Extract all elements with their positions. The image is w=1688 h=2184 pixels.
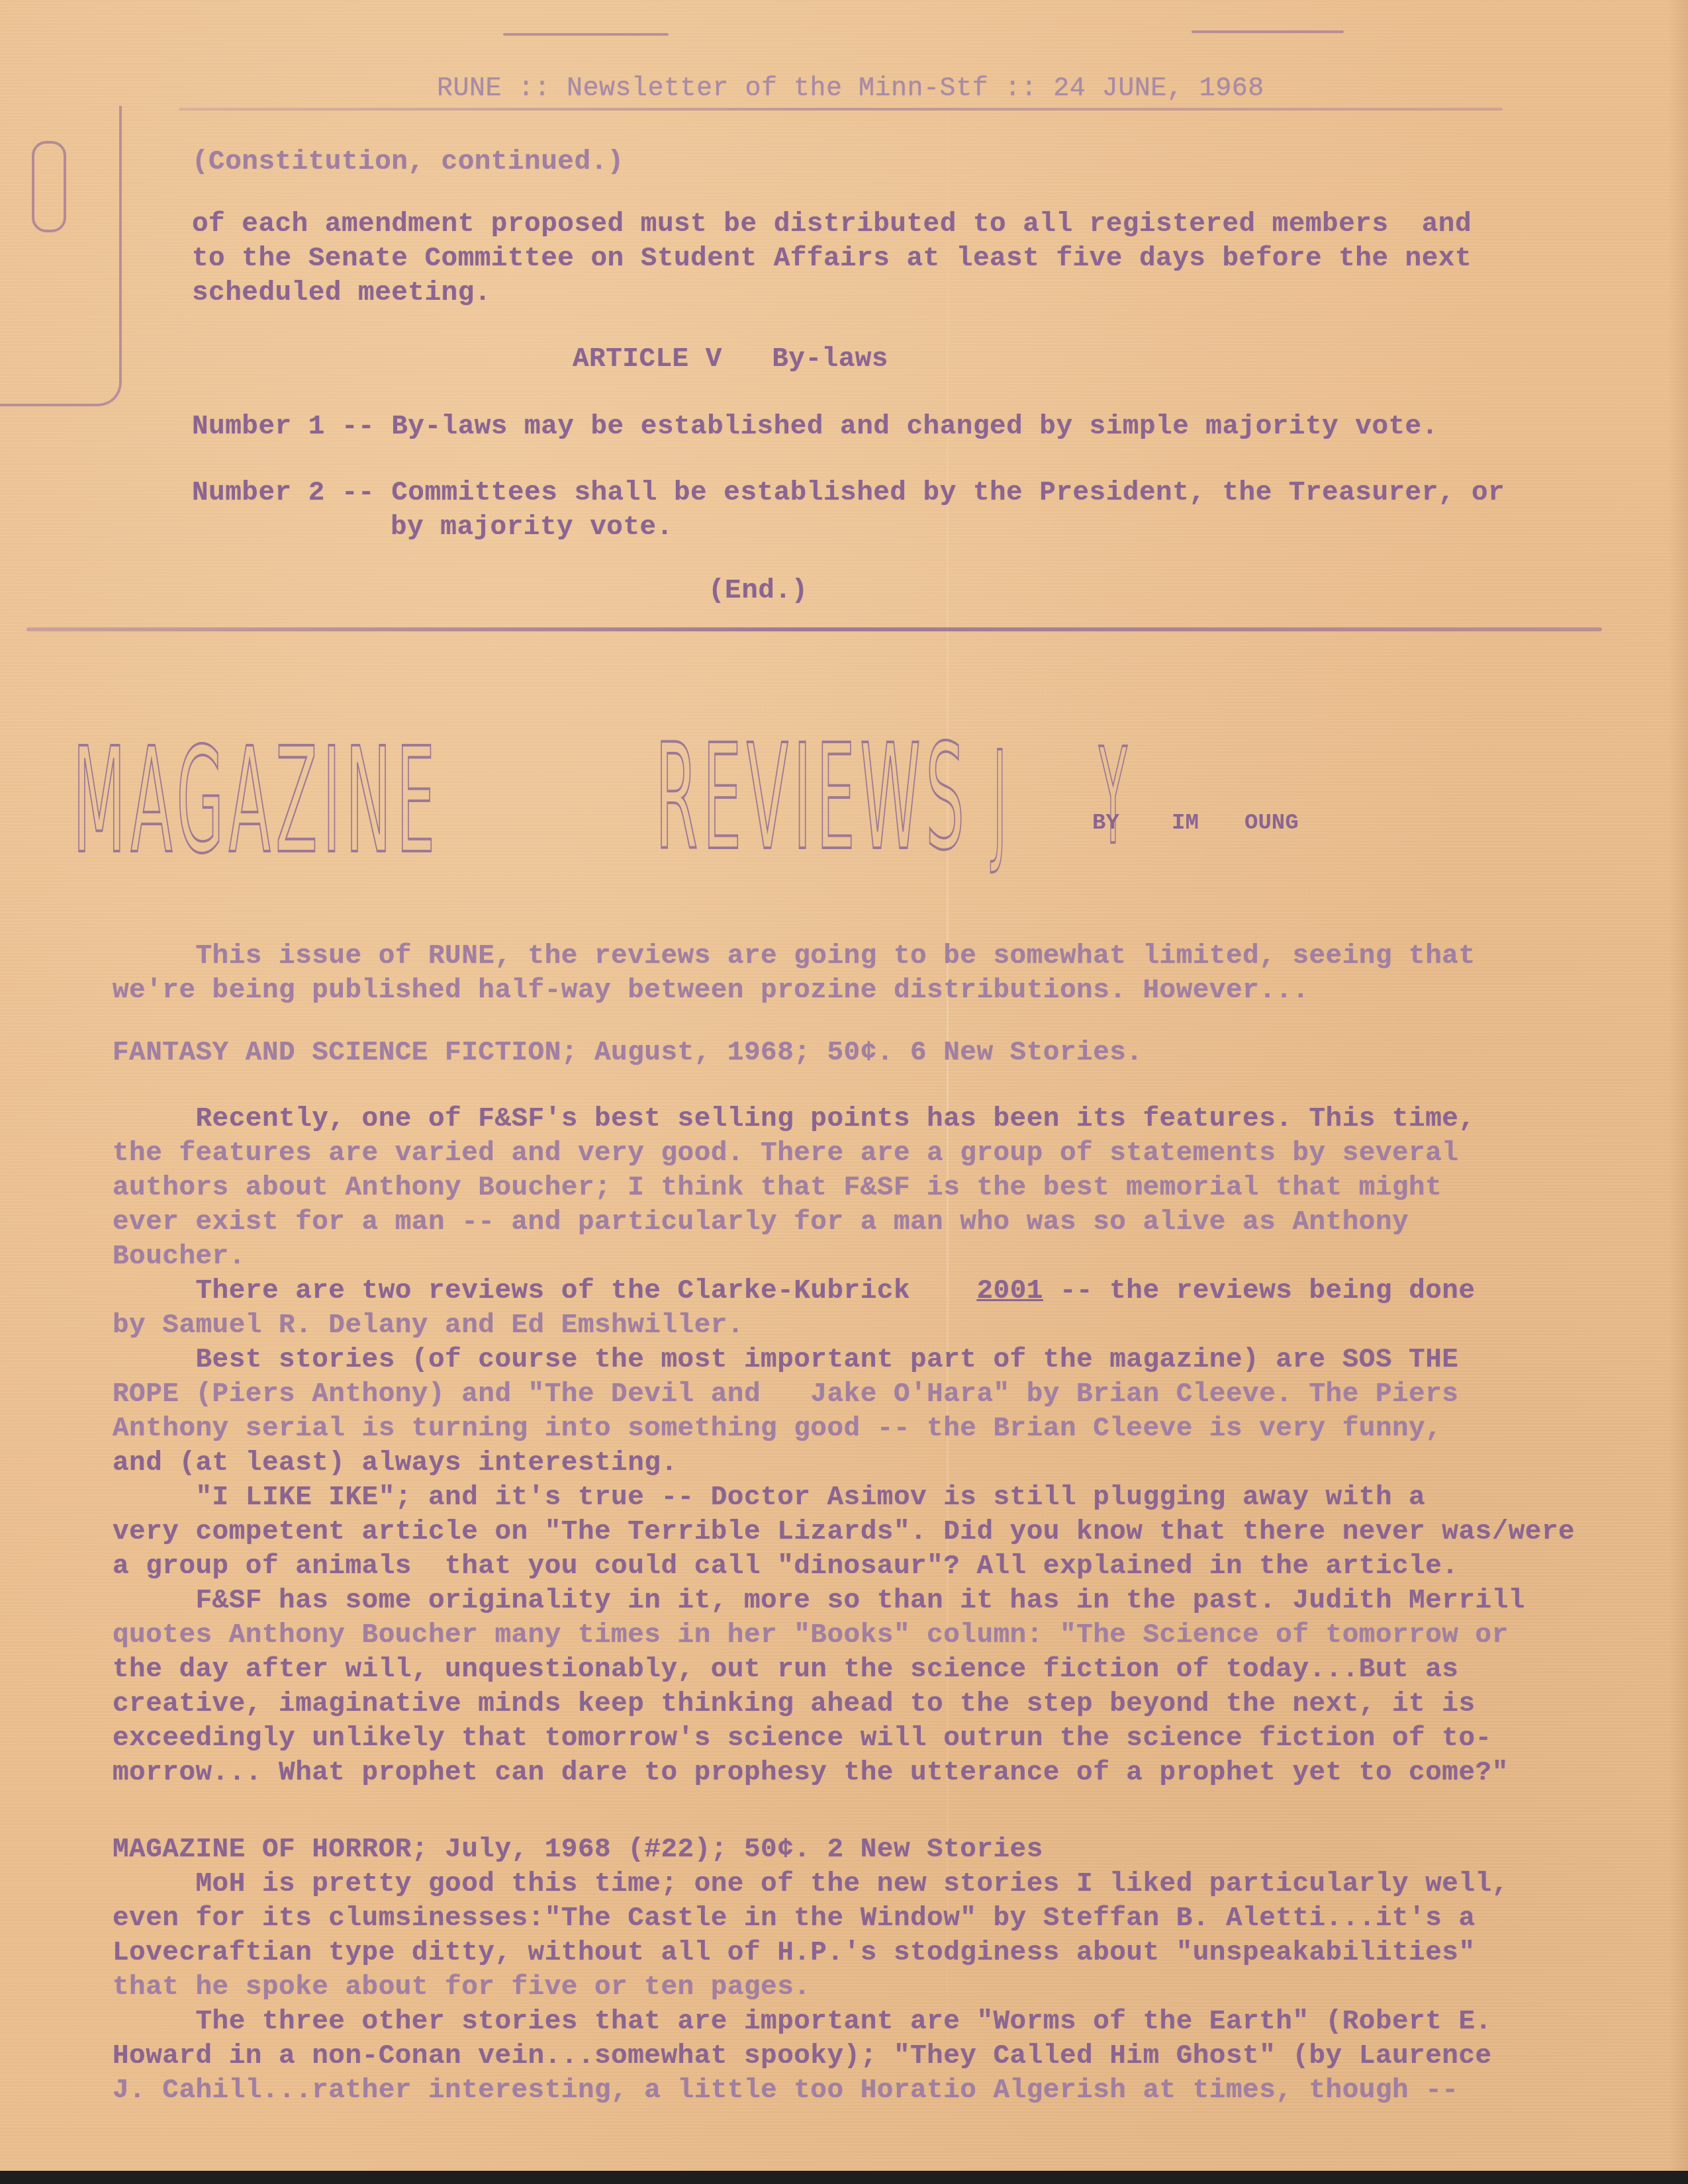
- fsf-line: authors about Anthony Boucher; I think t…: [113, 1171, 1442, 1205]
- fsf-line: creative, imaginative minds keep thinkin…: [113, 1688, 1476, 1721]
- fsf-line: and (at least) always interesting.: [113, 1447, 678, 1480]
- fsf-line: exceedingly unlikely that tomorrow's sci…: [113, 1722, 1492, 1755]
- fsf-line: "I LIKE IKE"; and it's true -- Doctor As…: [113, 1481, 1425, 1514]
- bylaw-text: By-laws may be established and changed b…: [391, 412, 1438, 442]
- newsletter-header: RUNE :: Newsletter of the Minn-Stf :: 24…: [437, 73, 1264, 106]
- moh-line: J. Cahill...rather interesting, a little…: [113, 2074, 1458, 2107]
- end-label: (End.): [708, 574, 808, 608]
- fsf-line: ever exist for a man -- and particularly…: [113, 1206, 1409, 1239]
- paper-edge-shadow: [1668, 0, 1688, 2171]
- fsf-line: There are two reviews of the Clarke-Kubr…: [113, 1275, 1476, 1308]
- bylaw-number-2: Number 2 -- Committees shall be establis…: [192, 477, 1505, 510]
- reviews-title-magazine: MAGAZINE: [73, 728, 440, 874]
- fsf-line-text: -- the reviews being done: [1043, 1276, 1476, 1306]
- newsletter-page: 6 RUNE :: Newsletter of the Minn-Stf :: …: [0, 0, 1688, 2171]
- moh-line: even for its clumsinesses:"The Castle in…: [113, 1902, 1476, 1935]
- fsf-line-text: There are two reviews of the Clarke-Kubr…: [113, 1276, 976, 1306]
- header-rule: [179, 108, 1503, 111]
- fsf-line: Anthony serial is turning into something…: [113, 1412, 1442, 1445]
- fsf-heading: FANTASY AND SCIENCE FICTION; August, 196…: [113, 1036, 1143, 1069]
- byline-by: BY: [1092, 811, 1119, 836]
- fsf-line: morrow... What prophet can dare to proph…: [113, 1756, 1509, 1790]
- moh-line: The three other stories that are importa…: [113, 2005, 1492, 2038]
- fsf-line: the day after will, unquestionably, out …: [113, 1653, 1458, 1686]
- top-ink-mark-right: [1192, 30, 1344, 33]
- moh-line: Lovecraftian type ditty, without all of …: [113, 1936, 1476, 1970]
- initial-j: J: [993, 735, 1007, 867]
- fsf-line: a group of animals that you could call "…: [113, 1550, 1458, 1583]
- section-divider: [26, 627, 1602, 631]
- bylaw-number-1: Number 1 -- By-laws may be established a…: [192, 410, 1438, 443]
- initial-y: Y: [1099, 731, 1127, 864]
- constitution-text-line: scheduled meeting.: [192, 277, 491, 310]
- article-heading: ARTICLE V By-laws: [573, 343, 888, 376]
- fsf-line: ROPE (Piers Anthony) and "The Devil and …: [113, 1378, 1458, 1411]
- page-number: 6: [32, 141, 66, 232]
- intro-line: This issue of RUNE, the reviews are goin…: [113, 940, 1476, 973]
- fsf-line: Best stories (of course the most importa…: [113, 1343, 1458, 1377]
- intro-line: we're being published half-way between p…: [113, 974, 1309, 1007]
- fsf-line: F&SF has some originality in it, more so…: [113, 1584, 1525, 1617]
- moh-line: MoH is pretty good this time; one of the…: [113, 1868, 1509, 1901]
- fsf-line: very competent article on "The Terrible …: [113, 1516, 1575, 1549]
- moh-heading: MAGAZINE OF HORROR; July, 1968 (#22); 50…: [113, 1833, 1043, 1866]
- top-ink-mark-left: [503, 33, 669, 36]
- bylaw-label: Number 2 --: [192, 478, 391, 508]
- constitution-continued-label: (Constitution, continued.): [192, 146, 624, 179]
- bylaw-label: Number 1 --: [192, 412, 391, 442]
- constitution-text-line: of each amendment proposed must be distr…: [192, 208, 1472, 241]
- reviews-title-reviews: REVIEWS: [655, 725, 969, 870]
- moh-line: Howard in a non-Conan vein...somewhat sp…: [113, 2040, 1492, 2073]
- moh-line: that he spoke about for five or ten page…: [113, 1971, 810, 2004]
- fsf-line: quotes Anthony Boucher many times in her…: [113, 1619, 1509, 1652]
- fsf-line: by Samuel R. Delany and Ed Emshwiller.: [113, 1309, 744, 1342]
- film-title: 2001: [976, 1276, 1043, 1306]
- fsf-line: the features are varied and very good. T…: [113, 1137, 1458, 1170]
- byline-oung: OUNG: [1244, 811, 1299, 836]
- constitution-text-line: to the Senate Committee on Student Affai…: [192, 242, 1472, 275]
- byline-im: IM: [1172, 811, 1199, 836]
- fsf-line: Boucher.: [113, 1240, 246, 1273]
- bylaw-text: Committees shall be established by the P…: [391, 478, 1505, 508]
- fsf-line: Recently, one of F&SF's best selling poi…: [113, 1103, 1476, 1136]
- bylaw-text-continued: by majority vote.: [391, 511, 673, 544]
